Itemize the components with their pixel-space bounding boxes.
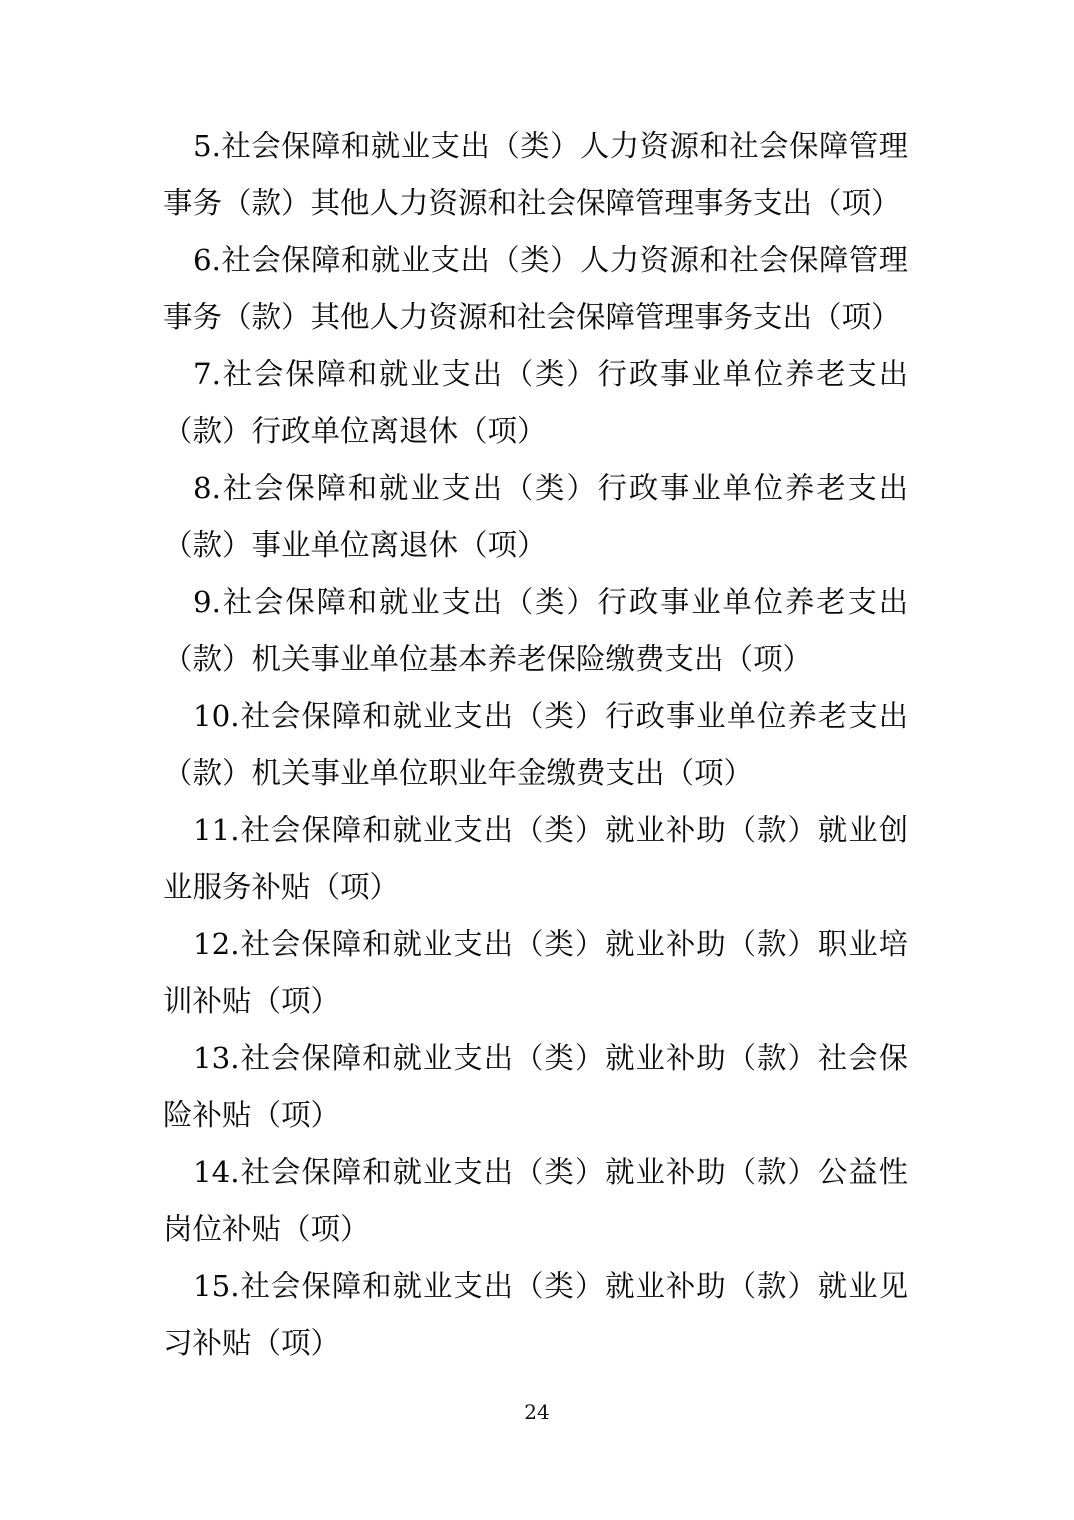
list-item: 10.社会保障和就业支出（类）行政事业单位养老支出 （款）机关事业单位职业年金缴… — [163, 688, 908, 802]
item-line-first: 12.社会保障和就业支出（类）就业补助（款）职业培 — [163, 916, 908, 973]
list-item: 5.社会保障和就业支出（类）人力资源和社会保障管理 事务（款）其他人力资源和社会… — [163, 118, 908, 232]
item-line-wrap: （款）事业单位离退休（项） — [163, 517, 908, 574]
page-footer: 24 — [0, 1398, 1074, 1426]
item-line-first: 5.社会保障和就业支出（类）人力资源和社会保障管理 — [163, 118, 908, 175]
item-line-first: 10.社会保障和就业支出（类）行政事业单位养老支出 — [163, 688, 908, 745]
item-line-wrap: 事务（款）其他人力资源和社会保障管理事务支出（项） — [163, 289, 908, 346]
item-line-wrap: 岗位补贴（项） — [163, 1201, 908, 1258]
item-line-wrap: 事务（款）其他人力资源和社会保障管理事务支出（项） — [163, 175, 908, 232]
list-item: 7.社会保障和就业支出（类）行政事业单位养老支出 （款）行政单位离退休（项） — [163, 346, 908, 460]
list-item: 12.社会保障和就业支出（类）就业补助（款）职业培 训补贴（项） — [163, 916, 908, 1030]
list-item: 8.社会保障和就业支出（类）行政事业单位养老支出 （款）事业单位离退休（项） — [163, 460, 908, 574]
item-line-wrap: 训补贴（项） — [163, 973, 908, 1030]
page-number: 24 — [524, 1398, 549, 1426]
item-line-first: 15.社会保障和就业支出（类）就业补助（款）就业见 — [163, 1258, 908, 1315]
item-line-first: 7.社会保障和就业支出（类）行政事业单位养老支出 — [163, 346, 908, 403]
item-line-wrap: 习补贴（项） — [163, 1315, 908, 1372]
item-line-first: 14.社会保障和就业支出（类）就业补助（款）公益性 — [163, 1144, 908, 1201]
list-item: 15.社会保障和就业支出（类）就业补助（款）就业见 习补贴（项） — [163, 1258, 908, 1372]
list-item: 11.社会保障和就业支出（类）就业补助（款）就业创 业服务补贴（项） — [163, 802, 908, 916]
list-item: 9.社会保障和就业支出（类）行政事业单位养老支出 （款）机关事业单位基本养老保险… — [163, 574, 908, 688]
document-page: 5.社会保障和就业支出（类）人力资源和社会保障管理 事务（款）其他人力资源和社会… — [0, 0, 1074, 1520]
item-line-first: 6.社会保障和就业支出（类）人力资源和社会保障管理 — [163, 232, 908, 289]
item-line-first: 9.社会保障和就业支出（类）行政事业单位养老支出 — [163, 574, 908, 631]
item-line-first: 8.社会保障和就业支出（类）行政事业单位养老支出 — [163, 460, 908, 517]
item-line-wrap: 业服务补贴（项） — [163, 859, 908, 916]
item-line-wrap: （款）行政单位离退休（项） — [163, 403, 908, 460]
list-item: 14.社会保障和就业支出（类）就业补助（款）公益性 岗位补贴（项） — [163, 1144, 908, 1258]
list-item: 6.社会保障和就业支出（类）人力资源和社会保障管理 事务（款）其他人力资源和社会… — [163, 232, 908, 346]
item-line-wrap: （款）机关事业单位职业年金缴费支出（项） — [163, 745, 908, 802]
item-line-first: 13.社会保障和就业支出（类）就业补助（款）社会保 — [163, 1030, 908, 1087]
item-line-first: 11.社会保障和就业支出（类）就业补助（款）就业创 — [163, 802, 908, 859]
list-item: 13.社会保障和就业支出（类）就业补助（款）社会保 险补贴（项） — [163, 1030, 908, 1144]
item-line-wrap: （款）机关事业单位基本养老保险缴费支出（项） — [163, 631, 908, 688]
item-line-wrap: 险补贴（项） — [163, 1087, 908, 1144]
expenditure-list: 5.社会保障和就业支出（类）人力资源和社会保障管理 事务（款）其他人力资源和社会… — [163, 118, 908, 1372]
